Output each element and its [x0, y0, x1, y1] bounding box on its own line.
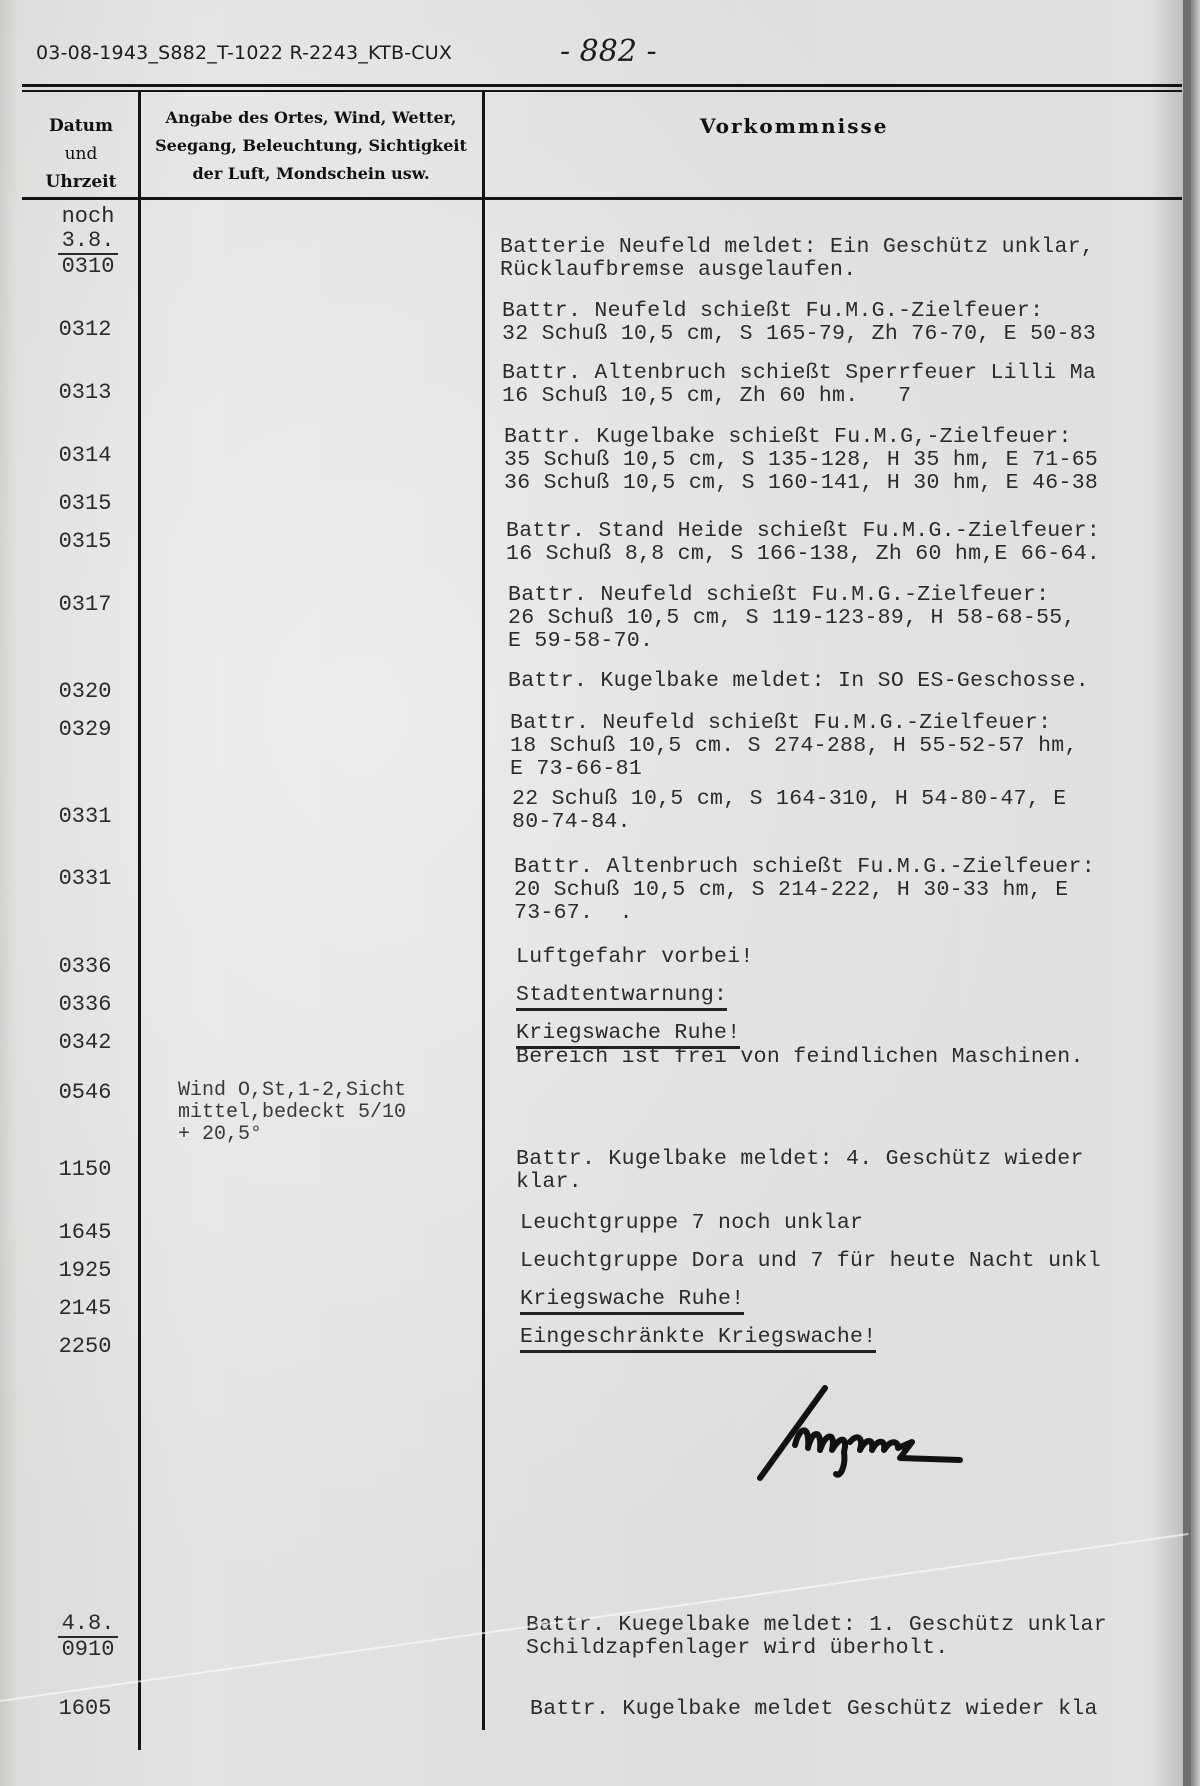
document-page: 03-08-1943_S882_T-1022 R-2243_KTB-CUX - …	[0, 0, 1200, 1786]
time-cell: 0331	[40, 804, 130, 829]
header-bottom-rule	[22, 197, 1182, 200]
log-entry: Battr. Kugelbake meldet Geschütz wieder …	[530, 1698, 1098, 1721]
time-cell: 2145	[40, 1296, 130, 1321]
time-cell: 0317	[40, 592, 130, 617]
log-entry: Luftgefahr vorbei!	[516, 946, 754, 969]
header-date-line-3: Uhrzeit	[22, 168, 140, 196]
date-value: 4.8.	[58, 1612, 119, 1638]
log-entry-underlined: Kriegswache Ruhe!	[520, 1288, 744, 1311]
weather-note: Wind O,St,1-2,Sicht mittel,bedeckt 5/10 …	[178, 1080, 406, 1146]
log-entry: Batterie Neufeld meldet: Ein Geschütz un…	[500, 236, 1094, 282]
time-cell: 0315	[40, 529, 130, 554]
time-cell: 1605	[40, 1696, 130, 1721]
header-date-line-1: Datum	[22, 112, 140, 140]
time-cell: 0336	[40, 992, 130, 1017]
time-cell: 1645	[40, 1220, 130, 1245]
log-entry: Bereich ist frei von feindlichen Maschin…	[516, 1046, 1084, 1069]
log-entry: Battr. Neufeld schießt Fu.M.G.-Zielfeuer…	[508, 584, 1076, 653]
time-cell: 0320	[40, 679, 130, 704]
header-top-rule-2	[22, 90, 1182, 92]
time-cell: 2250	[40, 1334, 130, 1359]
header-place-weather: Angabe des Ortes, Wind, Wetter, Seegang,…	[140, 104, 482, 188]
header-date-line-2: und	[22, 140, 140, 168]
column-divider-place	[482, 90, 485, 1730]
log-entry-text: Eingeschränkte Kriegswache!	[520, 1325, 876, 1353]
log-entry: Battr. Stand Heide schießt Fu.M.G.-Zielf…	[506, 520, 1100, 566]
time-cell: 1925	[40, 1258, 130, 1283]
date-block-4-8: 4.8. 0910	[48, 1612, 128, 1662]
log-entry: Leuchtgruppe Dora und 7 für heute Nacht …	[520, 1250, 1101, 1273]
signature-icon	[740, 1370, 1020, 1490]
time-value: 0310	[48, 255, 128, 279]
log-entry-underlined: Stadtentwarnung:	[516, 984, 727, 1007]
time-cell: 0331	[40, 866, 130, 891]
log-entry-text: Stadtentwarnung:	[516, 983, 727, 1011]
time-cell: 0336	[40, 954, 130, 979]
time-cell: 0315	[40, 491, 130, 516]
time-cell: 0312	[40, 317, 130, 342]
header-events: Vorkommnisse	[700, 114, 888, 138]
time-cell: 1150	[40, 1157, 130, 1182]
handwritten-signature	[740, 1370, 1020, 1495]
header-top-rule-1	[22, 84, 1182, 87]
header-date-time: Datum und Uhrzeit	[22, 112, 140, 196]
header-place-line-2: Seegang, Beleuchtung, Sichtigkeit	[140, 132, 482, 160]
log-entry-underlined: Kriegswache Ruhe!	[516, 1022, 740, 1045]
page-edge-shadow	[1183, 0, 1191, 1786]
log-entry: Battr. Kugelbake meldet: 4. Geschütz wie…	[516, 1148, 1084, 1194]
time-cell: 0314	[40, 443, 130, 468]
time-value: 0910	[48, 1638, 128, 1662]
log-entry: Leuchtgruppe 7 noch unklar	[520, 1212, 863, 1235]
time-cell: 0329	[40, 717, 130, 742]
log-entry: 22 Schuß 10,5 cm, S 164-310, H 54-80-47,…	[512, 788, 1067, 834]
log-entry: Battr. Kuegelbake meldet: 1. Geschütz un…	[526, 1614, 1107, 1660]
log-entry: Battr. Kugelbake meldet: In SO ES-Gescho…	[508, 670, 1089, 693]
time-cell: 0342	[40, 1030, 130, 1055]
date-prefix: noch	[48, 205, 128, 229]
column-divider-date	[138, 90, 141, 1750]
log-entry: Battr. Kugelbake schießt Fu.M.G,-Zielfeu…	[504, 426, 1098, 495]
time-cell: 0546	[40, 1080, 130, 1105]
log-entry: Battr. Neufeld schießt Fu.M.G.-Zielfeuer…	[502, 300, 1096, 346]
file-label: 03-08-1943_S882_T-1022 R-2243_KTB-CUX	[36, 42, 452, 64]
date-block-3-8: noch 3.8. 0310	[48, 205, 128, 279]
date-value: 3.8.	[58, 229, 119, 255]
log-entry: Battr. Neufeld schießt Fu.M.G.-Zielfeuer…	[510, 712, 1078, 781]
log-entry: Battr. Altenbruch schießt Fu.M.G.-Zielfe…	[514, 856, 1095, 925]
log-entry-underlined: Eingeschränkte Kriegswache!	[520, 1326, 876, 1349]
page-number: - 882 -	[560, 34, 657, 69]
time-cell: 0313	[40, 380, 130, 405]
header-place-line-3: der Luft, Mondschein usw.	[140, 160, 482, 188]
header-place-line-1: Angabe des Ortes, Wind, Wetter,	[140, 104, 482, 132]
log-entry-text: Kriegswache Ruhe!	[520, 1287, 744, 1315]
log-entry: Battr. Altenbruch schießt Sperrfeuer Lil…	[502, 362, 1096, 408]
